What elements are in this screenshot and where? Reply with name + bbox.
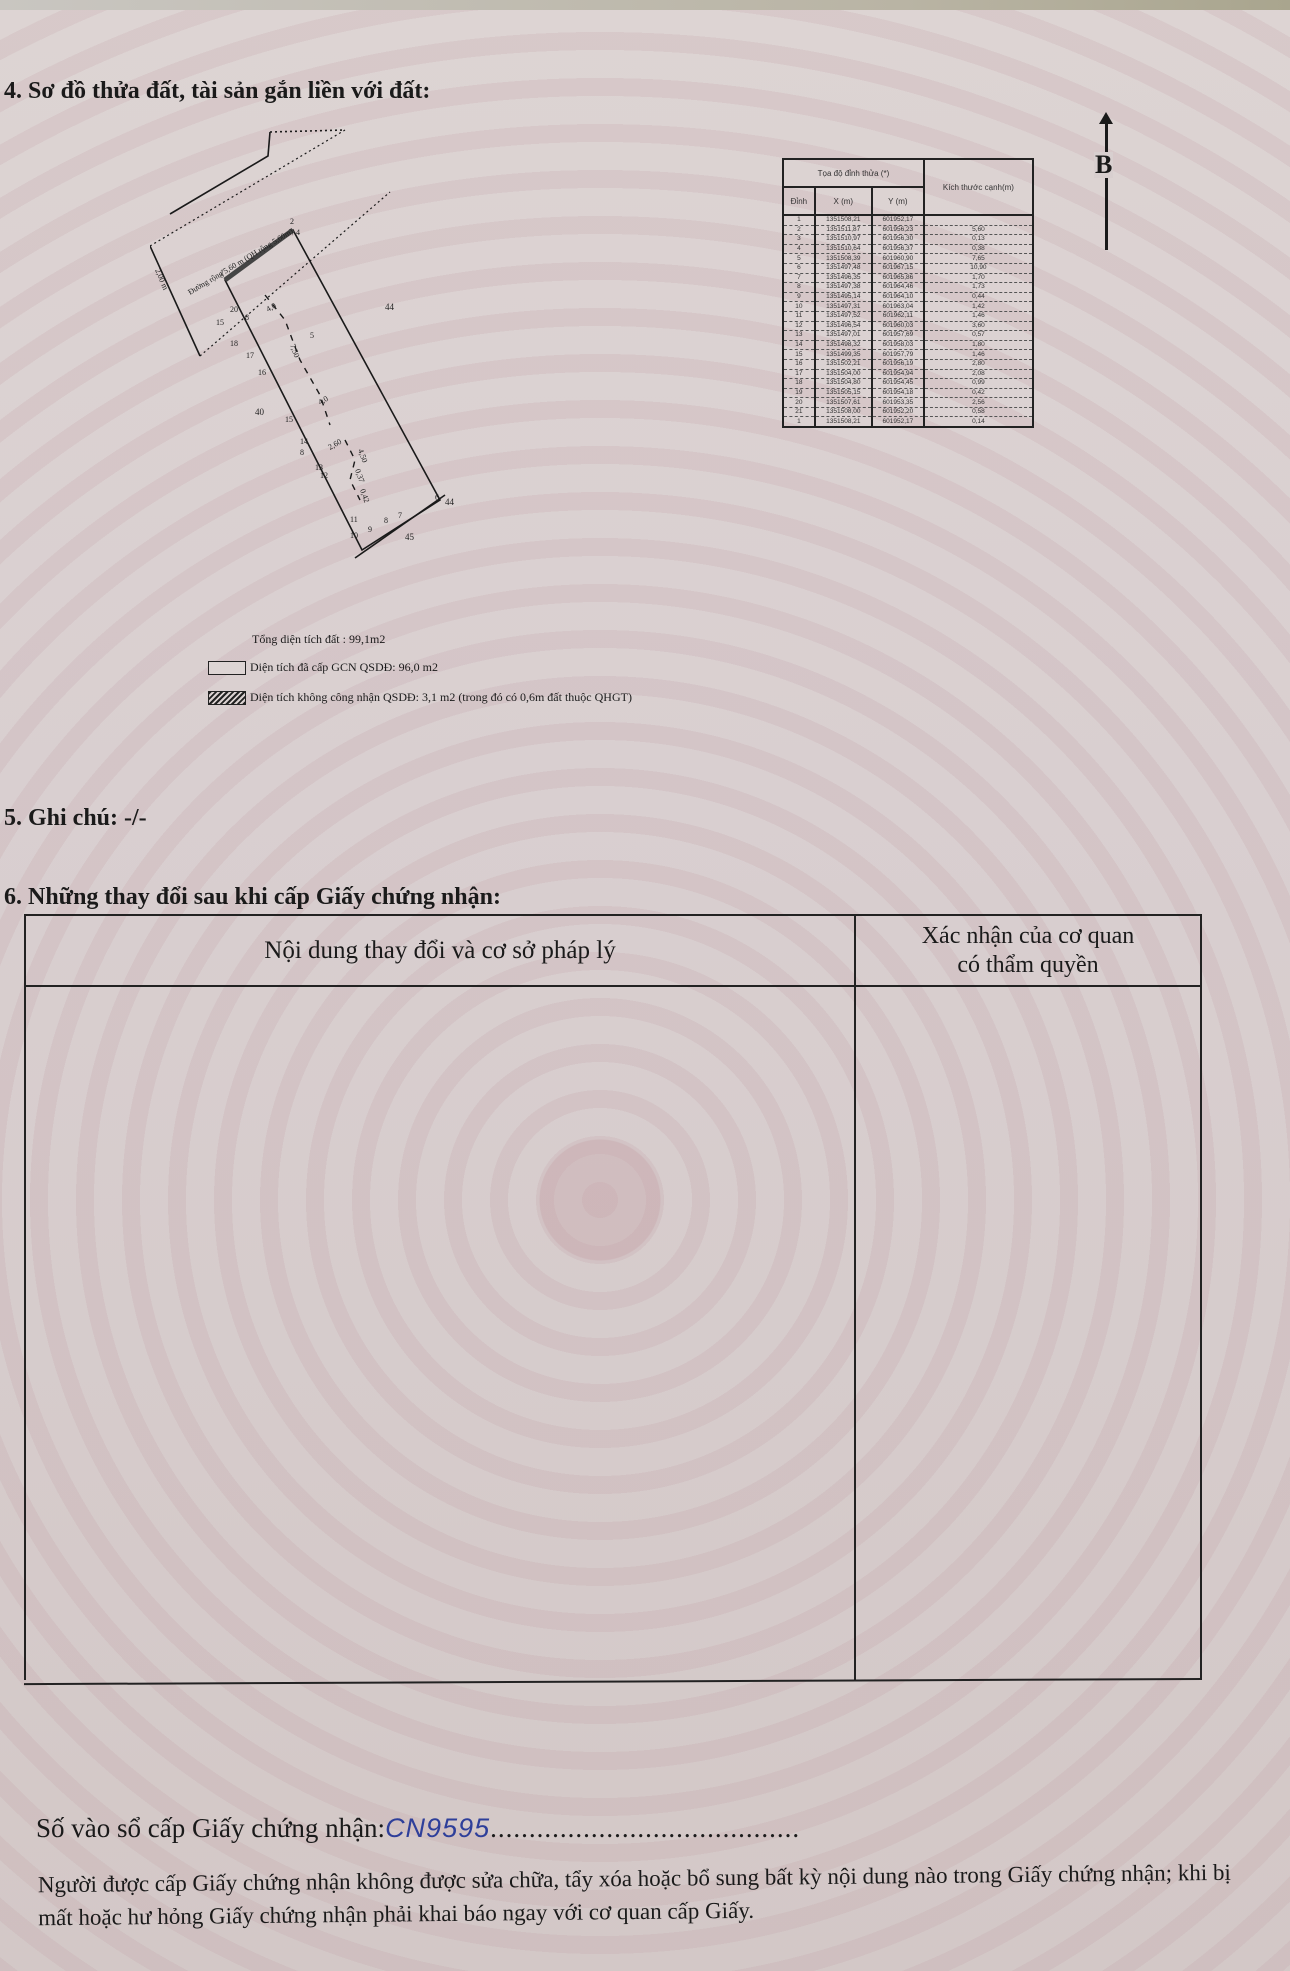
y-cell: 601957,79 — [872, 350, 924, 360]
svg-text:44: 44 — [445, 497, 455, 507]
vertex-cell: 3 — [783, 235, 815, 245]
svg-text:15: 15 — [285, 415, 293, 424]
x-cell: 1351497,01 — [815, 331, 872, 341]
y-cell: 601960,90 — [872, 254, 924, 264]
svg-text:0,37: 0,37 — [353, 468, 366, 484]
coords-table-row: 11351508,21601952,17 — [783, 215, 1033, 225]
x-cell: 1351502,21 — [815, 359, 872, 369]
y-cell: 601956,37 — [872, 244, 924, 254]
svg-text:11: 11 — [350, 515, 358, 524]
svg-text:14: 14 — [300, 437, 308, 446]
length-cell: 10,90 — [924, 263, 1033, 273]
x-cell: 1351507,61 — [815, 398, 872, 408]
changes-header-confirmation: Xác nhận của cơ quan có thẩm quyền — [856, 916, 1200, 985]
length-cell: 0,42 — [924, 388, 1033, 398]
vertex-cell: 14 — [783, 340, 815, 350]
confirmation-header-line2: có thẩm quyền — [957, 951, 1098, 980]
svg-text:10: 10 — [350, 531, 358, 540]
length-cell: 5,60 — [924, 225, 1033, 235]
coords-table-row: 81351497,38601964,461,73 — [783, 283, 1033, 293]
section-5-notes: 5. Ghi chú: -/- — [4, 805, 147, 832]
north-arrow: B — [1090, 112, 1130, 252]
vertex-cell: 1 — [783, 215, 815, 225]
svg-text:7: 7 — [398, 511, 402, 520]
vertex-cell: 17 — [783, 369, 815, 379]
vertex-cell: 15 — [783, 350, 815, 360]
x-cell: 1351508,21 — [815, 417, 872, 427]
x-cell: 1351511,87 — [815, 225, 872, 235]
coords-table-row: 171351504,00601954,942,08 — [783, 369, 1033, 379]
x-cell: 1351505,15 — [815, 388, 872, 398]
svg-text:40: 40 — [255, 407, 265, 417]
svg-text:45: 45 — [405, 532, 415, 542]
length-cell: 0,44 — [924, 292, 1033, 302]
certificate-notice: Người được cấp Giấy chứng nhận không đượ… — [38, 1856, 1239, 1935]
y-cell: 601960,03 — [872, 321, 924, 331]
page-top-edge — [0, 0, 1290, 10]
coords-table-row: 161351502,21601956,192,80 — [783, 359, 1033, 369]
registration-label: Số vào sổ cấp Giấy chứng nhận: — [36, 1813, 385, 1843]
y-cell: 601954,18 — [872, 388, 924, 398]
hatched-swatch-icon — [208, 691, 246, 705]
coords-table-row: 91351495,14601964,100,44 — [783, 292, 1033, 302]
x-cell: 1351504,80 — [815, 379, 872, 389]
svg-text:8: 8 — [300, 448, 304, 457]
vertex-cell: 4 — [783, 244, 815, 254]
length-cell: 3,60 — [924, 321, 1033, 331]
vertex-cell: 10 — [783, 302, 815, 312]
length-cell — [924, 215, 1033, 225]
y-cell: 601963,04 — [872, 302, 924, 312]
length-cell: 7,65 — [924, 254, 1033, 264]
vertex-cell: 13 — [783, 331, 815, 341]
svg-text:8: 8 — [245, 313, 249, 322]
y-cell: 601964,46 — [872, 283, 924, 293]
column-divider — [854, 916, 856, 1680]
section-4-title: 4. Sơ đồ thửa đất, tài sản gắn liền với … — [4, 78, 430, 105]
length-cell: 0,58 — [924, 407, 1033, 417]
length-cell: 1,46 — [924, 311, 1033, 321]
coords-table-row: 71351496,35601965,861,70 — [783, 273, 1033, 283]
coords-table-row: 11351508,21601952,170,14 — [783, 417, 1033, 427]
vertex-cell: 7 — [783, 273, 815, 283]
length-cell: 0,13 — [924, 235, 1033, 245]
svg-text:18: 18 — [230, 339, 238, 348]
registration-number: Số vào sổ cấp Giấy chứng nhận:CN9595....… — [36, 1813, 800, 1844]
vertex-cell: 12 — [783, 321, 815, 331]
coords-table-row: 211351508,00601952,200,58 — [783, 407, 1033, 417]
length-cell: 1,73 — [924, 283, 1033, 293]
x-cell: 1351497,31 — [815, 302, 872, 312]
y-cell: 601958,03 — [872, 340, 924, 350]
vertex-cell: 20 — [783, 398, 815, 408]
coords-table-row: 181351504,80601954,450,99 — [783, 379, 1033, 389]
coords-header-vertex: Đỉnh — [783, 187, 815, 215]
arrow-up-icon — [1099, 112, 1113, 124]
granted-area-text: Diện tích đã cấp GCN QSDĐ: 96,0 m2 — [250, 660, 438, 675]
x-cell: 1351496,35 — [815, 273, 872, 283]
vertex-cell: 19 — [783, 388, 815, 398]
x-cell: 1351508,39 — [815, 254, 872, 264]
legend-granted: Diện tích đã cấp GCN QSDĐ: 96,0 m2 — [208, 660, 438, 675]
length-cell: 0,57 — [924, 331, 1033, 341]
coords-table-row: 21351511,87601956,235,60 — [783, 225, 1033, 235]
vertex-cell: 18 — [783, 379, 815, 389]
unrecognized-area-text: Diện tích không công nhận QSDĐ: 3,1 m2 (… — [250, 690, 632, 705]
svg-text:8: 8 — [384, 516, 388, 525]
coords-table-row: 41351510,64601956,370,38 — [783, 244, 1033, 254]
changes-header-content: Nội dung thay đổi và cơ sở pháp lý — [26, 916, 854, 985]
vertex-cell: 5 — [783, 254, 815, 264]
coords-table-row: 141351498,32601958,031,80 — [783, 340, 1033, 350]
length-cell: 0,99 — [924, 379, 1033, 389]
blank-swatch-icon — [208, 661, 246, 675]
registration-dots: ........................................ — [490, 1813, 800, 1843]
svg-text:16: 16 — [258, 368, 266, 377]
x-cell: 1351510,64 — [815, 244, 872, 254]
legend-unrecognized: Diện tích không công nhận QSDĐ: 3,1 m2 (… — [208, 690, 632, 705]
vertex-cell: 1 — [783, 417, 815, 427]
confirmation-header-line1: Xác nhận của cơ quan — [922, 922, 1135, 951]
y-cell: 601954,45 — [872, 379, 924, 389]
vertex-cell: 21 — [783, 407, 815, 417]
coords-table-row: 151351499,35601957,791,46 — [783, 350, 1033, 360]
total-area-text: Tổng diện tích đất : 99,1m2 — [252, 632, 385, 647]
x-cell: 1351495,14 — [815, 292, 872, 302]
length-cell: 0,14 — [924, 417, 1033, 427]
changes-table: Nội dung thay đổi và cơ sở pháp lý Xác n… — [24, 914, 1202, 1680]
length-cell: 0,38 — [924, 244, 1033, 254]
svg-text:13: 13 — [315, 463, 323, 472]
svg-text:2,60: 2,60 — [327, 437, 344, 452]
coords-group-header: Tọa độ đỉnh thửa (*) — [783, 159, 924, 187]
length-cell: 2,08 — [924, 369, 1033, 379]
coords-table-row: 201351507,61601953,352,56 — [783, 398, 1033, 408]
coords-header-length: Kích thước cạnh(m) — [924, 159, 1033, 215]
road-label: Đường rộng 5,60 m (QH rộng 5,60m) — [186, 227, 295, 297]
svg-text:4,0: 4,0 — [265, 301, 278, 314]
coords-table-row: 121351496,54601960,033,60 — [783, 321, 1033, 331]
length-cell: 1,80 — [924, 340, 1033, 350]
x-cell: 1351497,48 — [815, 263, 872, 273]
header-divider — [26, 985, 1200, 987]
svg-text:7,50: 7,50 — [288, 343, 301, 359]
coords-table-body: 11351508,21601952,1721351511,87601956,23… — [783, 215, 1033, 427]
y-cell: 601967,15 — [872, 263, 924, 273]
parcel-plan-diagram: Đường rộng 5,60 m (QH rộng 5,60m) 2,00 m… — [150, 120, 610, 560]
y-cell: 601954,94 — [872, 369, 924, 379]
coords-table-row: 51351508,39601960,907,65 — [783, 254, 1033, 264]
svg-text:15: 15 — [216, 318, 224, 327]
svg-text:9: 9 — [368, 525, 372, 534]
x-cell: 1351498,32 — [815, 340, 872, 350]
x-cell: 1351497,52 — [815, 311, 872, 321]
coords-table-row: 191351505,15601954,180,42 — [783, 388, 1033, 398]
vertex-cell: 2 — [783, 225, 815, 235]
svg-text:17: 17 — [246, 351, 254, 360]
y-cell: 601952,17 — [872, 417, 924, 427]
coords-table-row: 101351497,31601963,041,42 — [783, 302, 1033, 312]
x-cell: 1351497,38 — [815, 283, 872, 293]
svg-text:12: 12 — [320, 471, 328, 480]
vertex-cell: 8 — [783, 283, 815, 293]
north-arrow-stem — [1105, 118, 1108, 250]
x-cell: 1351504,00 — [815, 369, 872, 379]
svg-text:44: 44 — [385, 302, 395, 312]
y-cell: 601957,69 — [872, 331, 924, 341]
x-cell: 1351510,97 — [815, 235, 872, 245]
length-cell: 2,80 — [924, 359, 1033, 369]
svg-text:1: 1 — [220, 268, 224, 277]
y-cell: 601956,30 — [872, 235, 924, 245]
registration-value: CN9595 — [385, 1813, 490, 1843]
length-cell: 2,56 — [924, 398, 1033, 408]
y-cell: 601952,17 — [872, 215, 924, 225]
svg-text:5: 5 — [310, 331, 314, 340]
vertex-coordinates-table: Tọa độ đỉnh thửa (*) Kích thước cạnh(m) … — [782, 158, 1034, 428]
length-cell: 1,42 — [924, 302, 1033, 312]
y-cell: 601953,35 — [872, 398, 924, 408]
svg-text:4,50: 4,50 — [356, 448, 369, 464]
coords-header-x: X (m) — [815, 187, 872, 215]
svg-text:4,0: 4,0 — [317, 394, 330, 407]
length-cell: 1,46 — [924, 350, 1033, 360]
vertex-cell: 16 — [783, 359, 815, 369]
y-cell: 601965,86 — [872, 273, 924, 283]
svg-text:2: 2 — [290, 217, 294, 226]
vertex-cell: 11 — [783, 311, 815, 321]
x-cell: 1351499,35 — [815, 350, 872, 360]
vertex-cell: 6 — [783, 263, 815, 273]
coords-table-row: 61351497,48601967,1510,90 — [783, 263, 1033, 273]
coords-table-row: 31351510,97601956,300,13 — [783, 235, 1033, 245]
x-cell: 1351508,21 — [815, 215, 872, 225]
north-label: B — [1094, 152, 1113, 178]
section-6-title: 6. Những thay đổi sau khi cấp Giấy chứng… — [4, 884, 501, 911]
x-cell: 1351496,54 — [815, 321, 872, 331]
coords-table-row: 131351497,01601957,690,57 — [783, 331, 1033, 341]
y-cell: 601964,10 — [872, 292, 924, 302]
coords-header-y: Y (m) — [872, 187, 924, 215]
svg-text:0,42: 0,42 — [358, 488, 371, 504]
x-cell: 1351508,00 — [815, 407, 872, 417]
y-cell: 601952,20 — [872, 407, 924, 417]
y-cell: 601956,23 — [872, 225, 924, 235]
y-cell: 601956,19 — [872, 359, 924, 369]
length-cell: 1,70 — [924, 273, 1033, 283]
svg-text:20: 20 — [230, 305, 238, 314]
svg-text:2,00 m: 2,00 m — [153, 267, 170, 292]
coords-table-row: 111351497,52601962,111,46 — [783, 311, 1033, 321]
y-cell: 601962,11 — [872, 311, 924, 321]
svg-text:6: 6 — [435, 493, 439, 502]
svg-text:4: 4 — [296, 228, 300, 237]
vertex-cell: 9 — [783, 292, 815, 302]
